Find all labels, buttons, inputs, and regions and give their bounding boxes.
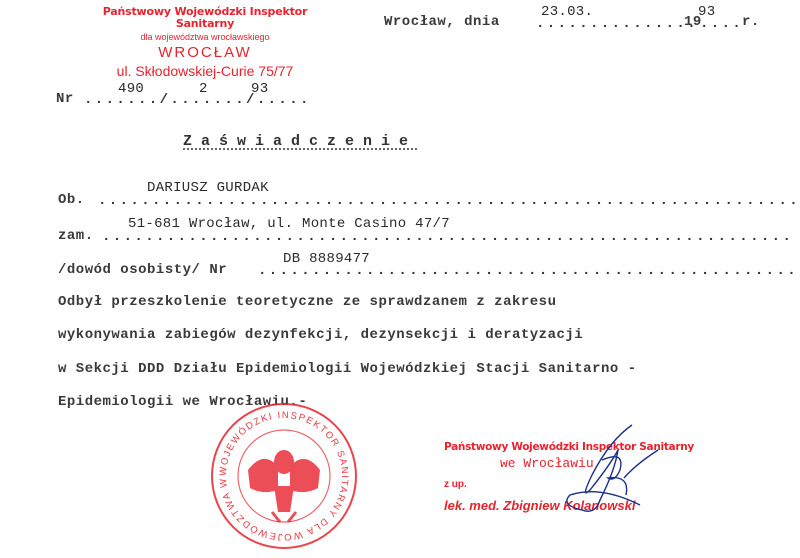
number-part1: 490: [118, 81, 144, 97]
round-seal: WOJEWÓDZKI INSPEKTOR SANITARNY DLA WOJEW…: [208, 400, 360, 552]
signature-stamp-zup: z up.: [444, 479, 467, 490]
handwritten-signature-icon: [540, 420, 680, 520]
body-line-2: wykonywania zabiegów dezynfekcji, dezyns…: [58, 327, 583, 343]
seal-eagle-icon: WOJEWÓDZKI INSPEKTOR SANITARNY DLA WOJEW…: [208, 400, 360, 552]
name-value: DARIUSZ GURDAK: [147, 180, 269, 196]
header-stamp: Państwowy Wojewódzki Inspektor Sanitarny…: [85, 6, 325, 88]
document-title: Zaświadczenie: [183, 133, 417, 150]
name-label: Ob.: [58, 192, 85, 208]
id-label: /dowód osobisty/ Nr: [58, 262, 227, 278]
date-dots: ...............: [536, 16, 698, 32]
body-line-1: Odbył przeszkolenie teoretyczne ze spraw…: [58, 294, 556, 310]
address-label: zam.: [58, 228, 94, 244]
place-date-label: Wrocław, dnia: [384, 14, 500, 30]
date-year-dots: ....: [700, 16, 743, 32]
body-line-3: w Sekcji DDD Działu Epidemiologii Wojewó…: [58, 361, 637, 377]
stamp-region: dla województwa wrocławskiego: [85, 33, 325, 43]
date-suffix: r.: [742, 14, 760, 30]
number-part3: 93: [251, 81, 268, 97]
stamp-city: WROCŁAW: [85, 45, 325, 62]
stamp-institution: Państwowy Wojewódzki Inspektor Sanitarny: [85, 6, 325, 30]
number-label: Nr: [56, 91, 74, 107]
number-part2: 2: [199, 81, 208, 97]
stamp-address: ul. Skłodowskiej-Curie 75/77: [85, 64, 325, 79]
id-value: DB 8889477: [283, 251, 370, 267]
address-value: 51-681 Wrocław, ul. Monte Casino 47/7: [128, 216, 450, 232]
